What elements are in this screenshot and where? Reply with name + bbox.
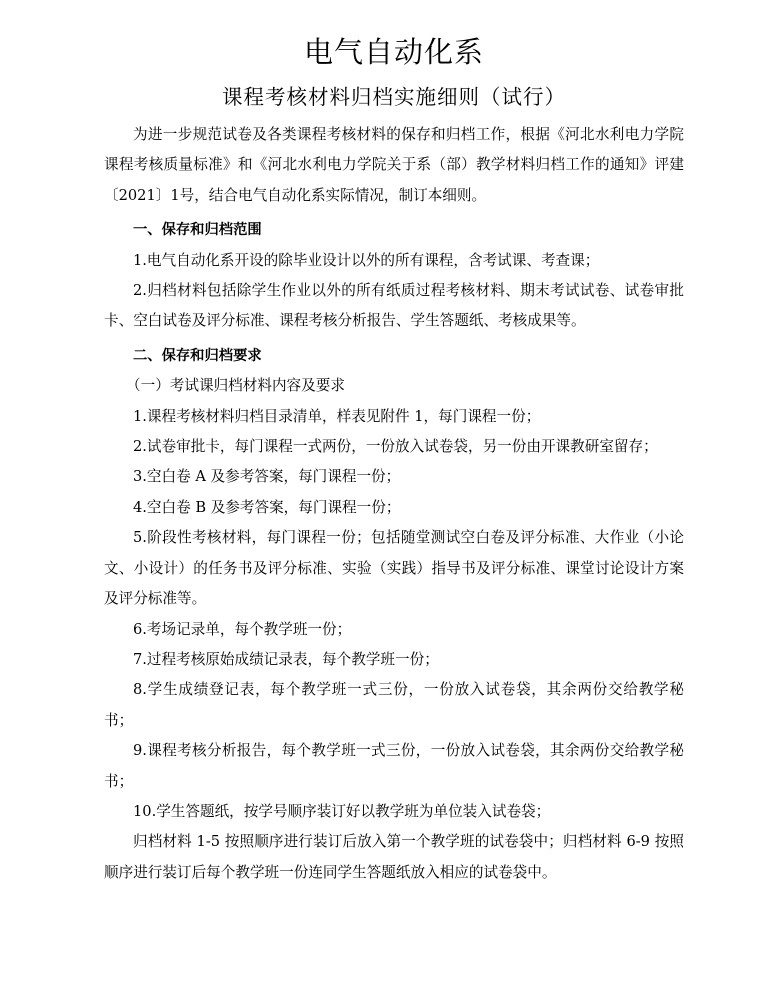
section-1-item-1: 1.电气自动化系开设的除毕业设计以外的所有课程，含考试课、考查课； bbox=[104, 246, 684, 276]
section-2-item-6: 6.考场记录单，每个教学班一份； bbox=[104, 615, 684, 645]
section-2-subheading: （一）考试课归档材料内容及要求 bbox=[104, 371, 684, 401]
document-title: 电气自动化系 bbox=[104, 34, 684, 70]
section-2-item-3: 3.空白卷 A 及参考答案，每门课程一份； bbox=[104, 462, 684, 492]
intro-paragraph: 为进一步规范试卷及各类课程考核材料的保存和归档工作，根据《河北水利电力学院课程考… bbox=[104, 120, 684, 211]
section-1-item-2: 2.归档材料包括除学生作业以外的所有纸质过程考核材料、期末考试试卷、试卷审批卡、… bbox=[104, 276, 684, 337]
section-2-item-2: 2.试卷审批卡，每门课程一式两份，一份放入试卷袋，另一份由开课教研室留存； bbox=[104, 432, 684, 462]
section-1-heading: 一、保存和归档范围 bbox=[104, 215, 684, 245]
document-body: 为进一步规范试卷及各类课程考核材料的保存和归档工作，根据《河北水利电力学院课程考… bbox=[104, 120, 684, 888]
document-subtitle: 课程考核材料归档实施细则（试行） bbox=[104, 82, 684, 112]
section-2-item-4: 4.空白卷 B 及参考答案，每门课程一份； bbox=[104, 493, 684, 523]
section-2-item-7: 7.过程考核原始成绩记录表，每个教学班一份； bbox=[104, 645, 684, 675]
section-2-item-10: 10.学生答题纸，按学号顺序装订好以教学班为单位装入试卷袋； bbox=[104, 797, 684, 827]
section-2-heading: 二、保存和归档要求 bbox=[104, 341, 684, 371]
section-2-item-8: 8.学生成绩登记表，每个教学班一式三份，一份放入试卷袋，其余两份交给教学秘书； bbox=[104, 675, 684, 736]
section-2-closing: 归档材料 1-5 按照顺序进行装订后放入第一个教学班的试卷袋中；归档材料 6-9… bbox=[104, 827, 684, 888]
section-2-item-9: 9.课程考核分析报告，每个教学班一式三份，一份放入试卷袋，其余两份交给教学秘书； bbox=[104, 736, 684, 797]
section-2-item-1: 1.课程考核材料归档目录清单，样表见附件 1，每门课程一份； bbox=[104, 402, 684, 432]
section-2-item-5: 5.阶段性考核材料，每门课程一份；包括随堂测试空白卷及评分标准、大作业（小论文、… bbox=[104, 523, 684, 614]
